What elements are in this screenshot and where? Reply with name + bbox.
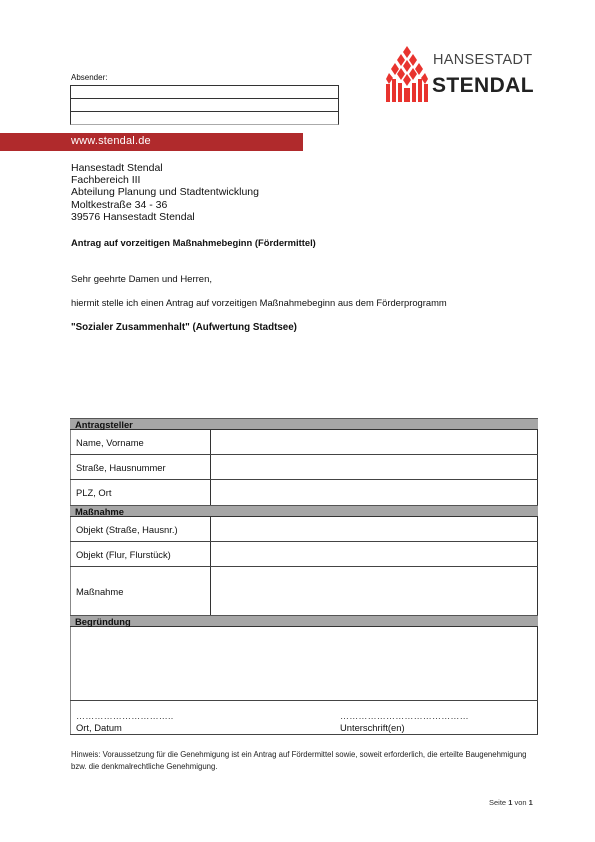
program-name: "Sozialer Zusammenhalt" (Aufwertung Stad… <box>71 322 297 333</box>
field-label: Objekt (Straße, Hausnr.) <box>70 517 211 541</box>
date-place-line[interactable]: ………………………….. <box>76 711 173 721</box>
name-input[interactable] <box>211 430 538 454</box>
signature-row: ………………………….. Ort, Datum …………………………………… U… <box>70 701 538 735</box>
gothic-church-window-icon <box>386 46 428 102</box>
field-label: Maßnahme <box>70 567 211 615</box>
page-number: Seite 1 von 1 <box>489 798 533 807</box>
recipient-address: Hansestadt Stendal Fachbereich III Abtei… <box>71 162 259 223</box>
salutation: Sehr geehrte Damen und Herren, <box>71 274 212 285</box>
field-label: PLZ, Ort <box>70 480 211 505</box>
absender-field-2[interactable] <box>71 99 338 112</box>
plz-input[interactable] <box>211 480 538 505</box>
signature-line[interactable]: …………………………………… <box>340 711 469 721</box>
address-line: 39576 Hansestadt Stendal <box>71 211 259 223</box>
absender-label: Absender: <box>71 73 107 82</box>
subject-line: Antrag auf vorzeitigen Maßnahmebeginn (F… <box>71 237 316 248</box>
pager-total: 1 <box>529 798 533 807</box>
logo-text-stendal: STENDAL <box>432 74 534 98</box>
hint-note: Hinweis: Voraussetzung für die Genehmigu… <box>71 749 541 772</box>
object-street-input[interactable] <box>211 517 538 541</box>
section-header-massnahme: Maßnahme <box>70 505 538 517</box>
pager-current: 1 <box>508 798 512 807</box>
street-input[interactable] <box>211 455 538 479</box>
website-url[interactable]: www.stendal.de <box>71 135 151 147</box>
address-line: Abteilung Planung und Stadtentwicklung <box>71 186 259 198</box>
date-place-label: Ort, Datum <box>76 722 122 733</box>
body-text: hiermit stelle ich einen Antrag auf vorz… <box>71 297 447 308</box>
absender-box <box>70 85 339 125</box>
logo-text-hansestadt: HANSESTADT <box>433 52 532 68</box>
address-line: Hansestadt Stendal <box>71 162 259 174</box>
reason-input[interactable] <box>70 627 538 701</box>
object-parcel-input[interactable] <box>211 542 538 566</box>
form-row-measure: Maßnahme <box>70 567 538 615</box>
field-label: Straße, Hausnummer <box>70 455 211 479</box>
signature-label: Unterschrift(en) <box>340 722 405 733</box>
city-logo: HANSESTADT STENDAL <box>386 46 541 102</box>
section-header-antragsteller: Antragsteller <box>70 418 538 430</box>
absender-field-1[interactable] <box>71 86 338 99</box>
pager-sep: von <box>514 798 526 807</box>
field-label: Name, Vorname <box>70 430 211 454</box>
field-label: Objekt (Flur, Flurstück) <box>70 542 211 566</box>
pager-prefix: Seite <box>489 798 506 807</box>
form-row-object-street: Objekt (Straße, Hausnr.) <box>70 517 538 542</box>
measure-input[interactable] <box>211 567 538 615</box>
address-line: Fachbereich III <box>71 174 259 186</box>
website-banner: www.stendal.de <box>0 133 303 151</box>
section-header-begruendung: Begründung <box>70 615 538 627</box>
form-row-name: Name, Vorname <box>70 430 538 455</box>
form-row-street: Straße, Hausnummer <box>70 455 538 480</box>
address-line: Moltkestraße 34 - 36 <box>71 199 259 211</box>
form-row-plz: PLZ, Ort <box>70 480 538 505</box>
absender-field-3[interactable] <box>71 112 338 125</box>
form-row-object-parcel: Objekt (Flur, Flurstück) <box>70 542 538 567</box>
